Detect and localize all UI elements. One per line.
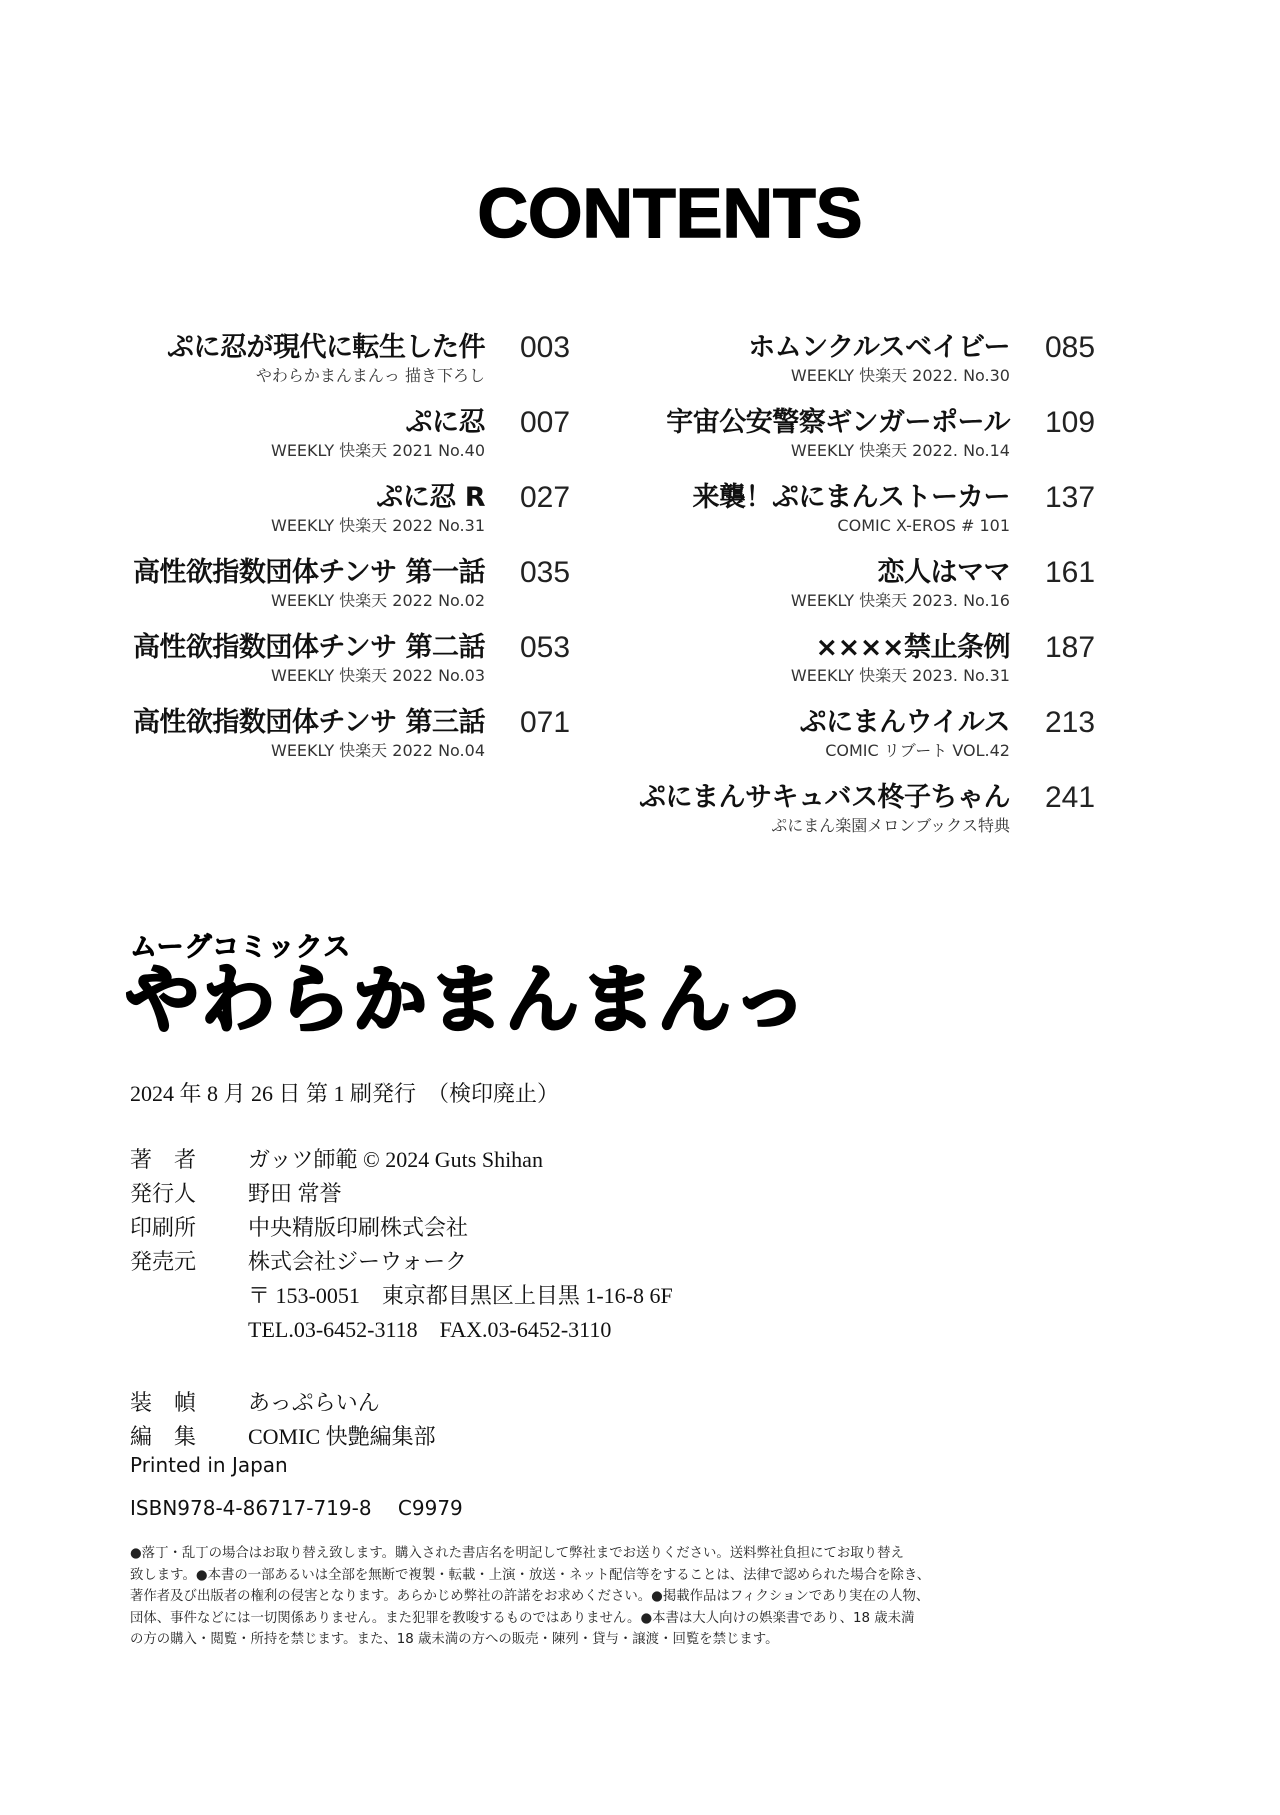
toc-page-number: 213 — [1045, 707, 1095, 739]
credit-row-author: 著 者 ガッツ師範 © 2024 Guts Shihan — [130, 1143, 152, 1177]
notice-line: 致します。●本書の一部あるいは全部を無断で複製・転載・上演・放送・ネット配信等を… — [130, 1565, 1010, 1587]
toc-entry[interactable]: ぷに忍 WEEKLY 快楽天 2021 No.40 007 — [0, 407, 600, 477]
toc-title: ぷにまんサキュバス柊子ちゃん — [639, 782, 1010, 814]
toc-entry[interactable]: 宇宙公安警察ギンガーポール WEEKLY 快楽天 2022. No.14 109 — [620, 407, 1180, 477]
toc-entry[interactable]: ぷにまんウイルス COMIC リブート VOL.42 213 — [620, 707, 1180, 777]
toc-entry[interactable]: 高性欲指数団体チンサ 第二話 WEEKLY 快楽天 2022 No.03 053 — [0, 632, 600, 702]
toc-page-number: 071 — [520, 707, 570, 739]
legal-notice: ●落丁・乱丁の場合はお取り替え致します。購入された書店名を明記して弊社までお送り… — [130, 1543, 1010, 1651]
toc-entry[interactable]: ぷにまんサキュバス柊子ちゃん ぷにまん楽園メロンブックス特典 241 — [620, 782, 1180, 852]
toc-title: 高性欲指数団体チンサ 第三話 — [133, 707, 485, 739]
isbn: ISBN978-4-86717-719-8 C9979 — [130, 1492, 463, 1521]
notice-line: の方の購入・閲覧・所持を禁じます。また、18 歳未満の方への販売・陳列・貸与・譲… — [130, 1629, 1010, 1651]
credit-row-address: 〒 153-0051 東京都目黒区上目黒 1-16-8 6F — [130, 1279, 152, 1313]
toc-page-number: 109 — [1045, 407, 1095, 439]
credit-value: COMIC 快艶編集部 — [248, 1420, 436, 1451]
credit-value: 野田 常誉 — [248, 1177, 342, 1208]
credit-label: 印刷所 — [130, 1211, 210, 1242]
toc-entry[interactable]: ××××禁止条例 WEEKLY 快楽天 2023. No.31 187 — [620, 632, 1180, 702]
notice-line: 著作者及び出版者の権利の侵害となります。あらかじめ弊社の許諾をお求めください。●… — [130, 1586, 1010, 1608]
toc-title: ××××禁止条例 — [816, 632, 1011, 664]
notice-line: ●落丁・乱丁の場合はお取り替え致します。購入された書店名を明記して弊社までお送り… — [130, 1543, 1010, 1565]
toc-source: WEEKLY 快楽天 2022. No.14 — [791, 442, 1010, 460]
toc-page-number: 007 — [520, 407, 570, 439]
credit-label: 発行人 — [130, 1177, 210, 1208]
toc-source: WEEKLY 快楽天 2022 No.03 — [271, 667, 485, 685]
toc-title: 高性欲指数団体チンサ 第一話 — [133, 557, 485, 589]
toc-entry[interactable]: ぷに忍 R WEEKLY 快楽天 2022 No.31 027 — [0, 482, 600, 552]
toc-source: COMIC X-EROS # 101 — [837, 517, 1010, 535]
toc-source: WEEKLY 快楽天 2022 No.31 — [271, 517, 485, 535]
toc-source: WEEKLY 快楽天 2022 No.02 — [271, 592, 485, 610]
toc-title: ぷに忍 — [406, 407, 486, 439]
toc-source: COMIC リブート VOL.42 — [825, 742, 1010, 760]
toc-source: WEEKLY 快楽天 2021 No.40 — [271, 442, 485, 460]
toc-title: 来襲！ぷにまんストーカー — [693, 482, 1010, 514]
toc-entry[interactable]: 高性欲指数団体チンサ 第三話 WEEKLY 快楽天 2022 No.04 071 — [0, 707, 600, 777]
toc-source: WEEKLY 快楽天 2022. No.30 — [791, 367, 1010, 385]
credit-row-editor: 編 集 COMIC 快艶編集部 — [130, 1420, 152, 1454]
credit-value: TEL.03-6452-3118 FAX.03-6452-3110 — [248, 1313, 611, 1344]
notice-line: 団体、事件などには一切関係ありません。また犯罪を教唆するものではありません。●本… — [130, 1608, 1010, 1630]
toc-page-number: 003 — [520, 332, 570, 364]
credit-row-design: 装 幀 あっぷらいん — [130, 1386, 152, 1420]
credits-block-secondary: 装 幀 あっぷらいん 編 集 COMIC 快艶編集部 — [130, 1386, 152, 1454]
toc-title: ぷに忍 R — [376, 482, 485, 514]
toc-page-number: 027 — [520, 482, 570, 514]
toc-title: ホムンクルスベイビー — [748, 332, 1010, 364]
toc-page-number: 053 — [520, 632, 570, 664]
toc-entry[interactable]: 恋人はママ WEEKLY 快楽天 2023. No.16 161 — [620, 557, 1180, 627]
credit-row-publisher: 発行人 野田 常誉 — [130, 1177, 152, 1211]
printed-in: Printed in Japan — [130, 1453, 288, 1477]
toc-source: やわらかまんまんっ 描き下ろし — [256, 367, 485, 385]
credit-value: 〒 153-0051 東京都目黒区上目黒 1-16-8 6F — [248, 1279, 673, 1310]
toc-page-number: 085 — [1045, 332, 1095, 364]
toc-source: ぷにまん楽園メロンブックス特典 — [771, 817, 1010, 835]
credit-value: ガッツ師範 © 2024 Guts Shihan — [248, 1143, 543, 1174]
book-title: やわらかまんまんっ — [125, 960, 809, 1041]
toc-entry[interactable]: 来襲！ぷにまんストーカー COMIC X-EROS # 101 137 — [620, 482, 1180, 552]
toc-title: ぷに忍が現代に転生した件 — [167, 332, 485, 364]
toc-source: WEEKLY 快楽天 2023. No.31 — [791, 667, 1010, 685]
credit-row-distributor: 発売元 株式会社ジーウォーク — [130, 1245, 152, 1279]
credit-label: 発売元 — [130, 1245, 210, 1276]
toc-title: 恋人はママ — [878, 557, 1011, 589]
toc-title: ぷにまんウイルス — [800, 707, 1010, 739]
toc-page-number: 161 — [1045, 557, 1095, 589]
toc-page-number: 035 — [520, 557, 570, 589]
toc-title: 高性欲指数団体チンサ 第二話 — [133, 632, 485, 664]
credit-value: 株式会社ジーウォーク — [248, 1245, 467, 1276]
credit-row-printer: 印刷所 中央精版印刷株式会社 — [130, 1211, 152, 1245]
toc-entry[interactable]: ホムンクルスベイビー WEEKLY 快楽天 2022. No.30 085 — [620, 332, 1180, 402]
publication-date: 2024 年 8 月 26 日 第 1 刷発行 （検印廃止） — [130, 1077, 559, 1108]
credit-value: 中央精版印刷株式会社 — [248, 1211, 468, 1242]
toc-source: WEEKLY 快楽天 2022 No.04 — [271, 742, 485, 760]
toc-page-number: 241 — [1045, 782, 1095, 814]
toc-source: WEEKLY 快楽天 2023. No.16 — [791, 592, 1010, 610]
toc-title: 宇宙公安警察ギンガーポール — [666, 407, 1010, 439]
credits-block: 著 者 ガッツ師範 © 2024 Guts Shihan 発行人 野田 常誉 印… — [130, 1143, 152, 1347]
credit-label: 著 者 — [130, 1143, 210, 1174]
toc-page-number: 137 — [1045, 482, 1095, 514]
credit-label: 装 幀 — [130, 1386, 210, 1417]
credit-row-phone: TEL.03-6452-3118 FAX.03-6452-3110 — [130, 1313, 152, 1347]
toc-page-number: 187 — [1045, 632, 1095, 664]
credit-value: あっぷらいん — [248, 1386, 380, 1417]
toc-entry[interactable]: ぷに忍が現代に転生した件 やわらかまんまんっ 描き下ろし 003 — [0, 332, 600, 402]
contents-heading: CONTENTS — [0, 178, 1280, 248]
credit-label: 編 集 — [130, 1420, 210, 1451]
toc-entry[interactable]: 高性欲指数団体チンサ 第一話 WEEKLY 快楽天 2022 No.02 035 — [0, 557, 600, 627]
